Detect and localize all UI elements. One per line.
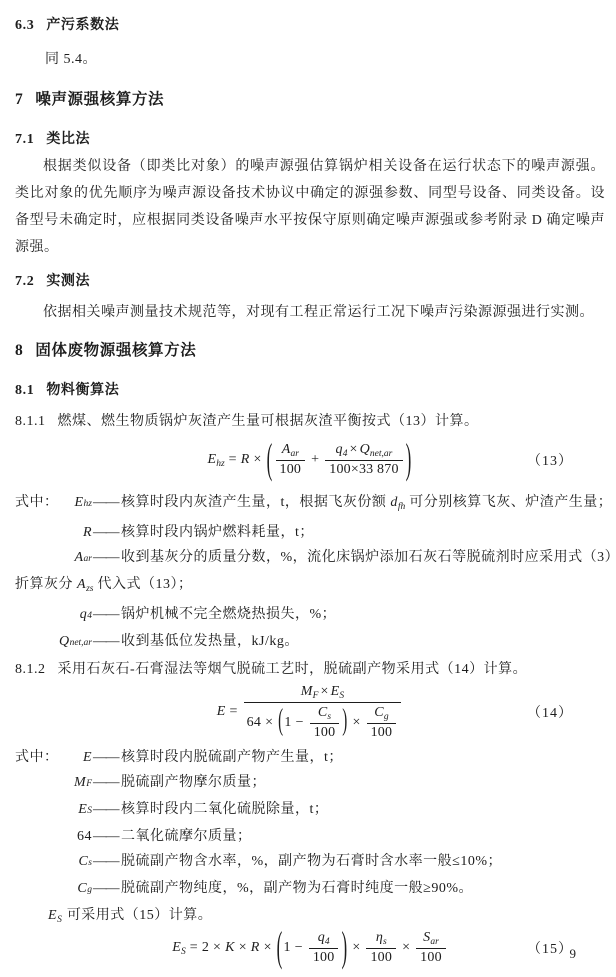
paragraph-7-2: 依据相关噪声测量技术规范等，对现有工程正常运行工况下噪声污染源源强进行实测。 (15, 299, 605, 326)
where-13-desc-2: 核算时段内锅炉燃料耗量，t； (121, 520, 314, 545)
where-14-desc-2: 脱硫副产物摩尔质量； (121, 770, 266, 795)
dash: —— (93, 876, 118, 901)
where-14-desc-1: 核算时段内脱硫副产物产生量，t； (121, 745, 343, 770)
formula-13-lhs: Ehz (207, 452, 224, 469)
where-14-line-3: ES —— 核算时段内二氧化硫脱除量，t； (15, 797, 605, 824)
dash: —— (93, 602, 118, 627)
dash: —— (93, 629, 118, 654)
where-14-line-5: Cs —— 脱硫副产物含水率，%，副产物为石膏时含水率一般≤10%； (15, 849, 605, 876)
equals-sign: = (229, 452, 237, 468)
formula-15-fraction-Sar: Sar 100 (416, 930, 446, 966)
symbol-E-S: ES (58, 797, 92, 824)
heading-8-1: 8.1物料衡算法 (15, 379, 605, 401)
formula-15-label: （15） (527, 938, 573, 958)
where-13-desc-3: 收到基灰分的质量分数，%，流化床锅炉添加石灰石等脱硫剂时应采用式（3） (121, 545, 616, 570)
clause-8-1-1-text: 燃煤、燃生物质锅炉灰渣产生量可根据灰渣平衡按式（13）计算。 (58, 414, 479, 429)
where-14-line-4: 64 —— 二氧化硫摩尔质量； (15, 824, 605, 849)
heading-6-3: 6.3产污系数法 (15, 14, 605, 36)
dash: —— (93, 490, 118, 515)
symbol-C-s: Cs (58, 849, 92, 876)
times-sign: × (254, 452, 262, 468)
left-paren: ( (276, 923, 284, 973)
heading-7-1-title: 类比法 (46, 130, 90, 146)
where-14-line-2: MF —— 脱硫副产物摩尔质量； (15, 770, 605, 797)
formula-14-fraction-Cg: Cg 100 (367, 705, 397, 741)
symbol-A-ar: Aar (58, 545, 92, 572)
heading-8-title: 固体废物源强核算方法 (35, 342, 196, 359)
heading-7-2: 7.2实测法 (15, 270, 605, 292)
where-13-desc-5: 锅炉机械不完全燃烧热损失，%； (121, 602, 336, 627)
where-13-desc-6: 收到基低位发热量，kJ/kg。 (121, 629, 299, 654)
heading-7-2-number: 7.2 (15, 274, 34, 289)
symbol-Q-net-ar: Qnet,ar (58, 629, 92, 656)
where-14-desc-3: 核算时段内二氧化硫脱除量，t； (121, 797, 328, 822)
symbol-E: E (58, 745, 92, 770)
dash: —— (93, 849, 118, 874)
symbol-K: K (225, 940, 235, 956)
where-13-line-4-continuation: 折算灰分 Azs 代入式（13）； (15, 572, 605, 602)
dash: —— (93, 545, 118, 570)
equals-sign: = (190, 940, 198, 956)
paragraph-same-5-4: 同 5.4。 (15, 50, 605, 70)
dash: —— (93, 520, 118, 545)
symbol-A-zs: A (77, 577, 86, 592)
minus-sign: − (295, 940, 303, 956)
where-14-line-1: 式中： E —— 核算时段内脱硫副产物产生量，t； (15, 745, 605, 770)
formula-15-fraction-eta: ηs 100 (366, 930, 396, 966)
where-13-line-5: q4 —— 锅炉机械不完全燃烧热损失，%； (15, 602, 605, 629)
equals-sign: = (230, 704, 238, 720)
formula-13-coef: R (241, 452, 250, 468)
heading-7: 7噪声源强核算方法 (15, 88, 605, 112)
right-paren: ) (405, 435, 413, 485)
plus-sign: + (311, 452, 319, 468)
times-sign: × (264, 940, 272, 956)
where-13-desc-1: 核算时段内灰渣产生量，t，根据飞灰份额 dfh 可分别核算飞灰、炉渣产生量； (121, 490, 612, 520)
heading-7-1: 7.1类比法 (15, 128, 605, 150)
dash: —— (93, 770, 118, 795)
symbol-E-S: E (48, 908, 57, 923)
heading-8-number: 8 (15, 342, 23, 359)
formula-13: Ehz = R × ( Aar 100 + q4×Qnet,ar 100×33 … (15, 435, 605, 485)
minus-sign: − (296, 715, 304, 731)
page-number: 9 (570, 946, 577, 962)
where-13-line-6: Qnet,ar —— 收到基低位发热量，kJ/kg。 (15, 629, 605, 656)
symbol-64: 64 (58, 824, 92, 849)
formula-13-fraction-1: Aar 100 (276, 442, 306, 478)
symbol-M-F: MF (58, 770, 92, 797)
formula-13-fraction-2: q4×Qnet,ar 100×33 870 (325, 442, 402, 478)
times-sign: × (352, 940, 360, 956)
where-list-13: 式中： Ehz —— 核算时段内灰渣产生量，t，根据飞灰份额 dfh 可分别核算… (15, 490, 605, 656)
paragraph-7-1: 根据类似设备（即类比对象）的噪声源强估算锅炉相关设备在运行状态下的噪声源强。类比… (15, 153, 605, 261)
formula-15: ES = 2 × K × R × ( 1 − q4 100 ) × ηs 100… (15, 925, 605, 971)
where-13-line-1: 式中： Ehz —— 核算时段内灰渣产生量，t，根据飞灰份额 dfh 可分别核算… (15, 490, 605, 520)
where-13-line-3: Aar —— 收到基灰分的质量分数，%，流化床锅炉添加石灰石等脱硫剂时应采用式（… (15, 545, 605, 572)
dash: —— (93, 824, 118, 849)
heading-7-title: 噪声源强核算方法 (35, 91, 164, 108)
right-paren: ) (340, 923, 348, 973)
document-page: 6.3产污系数法 同 5.4。 7噪声源强核算方法 7.1类比法 根据类似设备（… (0, 0, 616, 977)
clause-8-1-2-number: 8.1.2 (15, 662, 46, 677)
formula-15-lhs: ES (172, 940, 186, 957)
es-note-text: 可采用式（15）计算。 (67, 908, 213, 923)
symbol-E-hz: Ehz (58, 490, 92, 517)
symbol-R: R (251, 940, 260, 956)
formula-13-label: （13） (527, 450, 573, 470)
formula-14-fraction-Cs: Cs 100 (310, 705, 340, 741)
heading-6-3-number: 6.3 (15, 18, 34, 33)
formula-14-main-fraction: MF×ES 64 × ( 1 − Cs 100 ) × Cg 100 (244, 684, 402, 741)
symbol-R: R (58, 520, 92, 545)
symbol-C-g: Cg (58, 876, 92, 903)
left-paren: ( (266, 435, 274, 485)
formula-14: E = MF×ES 64 × ( 1 − Cs 100 ) × Cg 100 (15, 683, 605, 741)
times-sign: × (353, 715, 361, 731)
symbol-q4: q4 (58, 602, 92, 629)
dash: —— (93, 745, 118, 770)
formula-14-label: （14） (527, 702, 573, 722)
clause-8-1-2: 8.1.2采用石灰石-石膏湿法等烟气脱硫工艺时，脱硫副产物采用式（14）计算。 (15, 656, 605, 683)
heading-7-1-number: 7.1 (15, 132, 34, 147)
times-sign: × (213, 940, 221, 956)
dash: —— (93, 797, 118, 822)
where-list-14: 式中： E —— 核算时段内脱硫副产物产生量，t； MF —— 脱硫副产物摩尔质… (15, 745, 605, 933)
clause-8-1-2-text: 采用石灰石-石膏湿法等烟气脱硫工艺时，脱硫副产物采用式（14）计算。 (58, 662, 528, 677)
where-14-desc-6: 脱硫副产物纯度，%，副产物为石膏时纯度一般≥90%。 (121, 876, 473, 901)
where-13-line-2: R —— 核算时段内锅炉燃料耗量，t； (15, 520, 605, 545)
heading-8-1-title: 物料衡算法 (46, 381, 119, 397)
right-paren: ) (341, 705, 348, 740)
heading-8: 8固体废物源强核算方法 (15, 339, 605, 363)
where-14-line-6: Cg —— 脱硫副产物纯度，%，副产物为石膏时纯度一般≥90%。 (15, 876, 605, 903)
times-sign: × (402, 940, 410, 956)
where-14-desc-4: 二氧化硫摩尔质量； (121, 824, 252, 849)
times-sign: × (239, 940, 247, 956)
heading-8-1-number: 8.1 (15, 383, 34, 398)
heading-6-3-title: 产污系数法 (46, 16, 119, 32)
heading-7-number: 7 (15, 91, 23, 108)
where-13-lead: 式中： (15, 490, 58, 515)
where-14-desc-5: 脱硫副产物含水率，%，副产物为石膏时含水率一般≤10%； (121, 849, 502, 874)
clause-8-1-1-number: 8.1.1 (15, 414, 46, 429)
left-paren: ( (277, 705, 284, 740)
formula-14-lhs: E (217, 704, 226, 720)
formula-15-fraction-q4: q4 100 (309, 930, 339, 966)
where-14-lead: 式中： (15, 745, 58, 770)
times-sign: × (265, 715, 273, 731)
heading-7-2-title: 实测法 (46, 272, 90, 288)
clause-8-1-1: 8.1.1燃煤、燃生物质锅炉灰渣产生量可根据灰渣平衡按式（13）计算。 (15, 408, 605, 435)
